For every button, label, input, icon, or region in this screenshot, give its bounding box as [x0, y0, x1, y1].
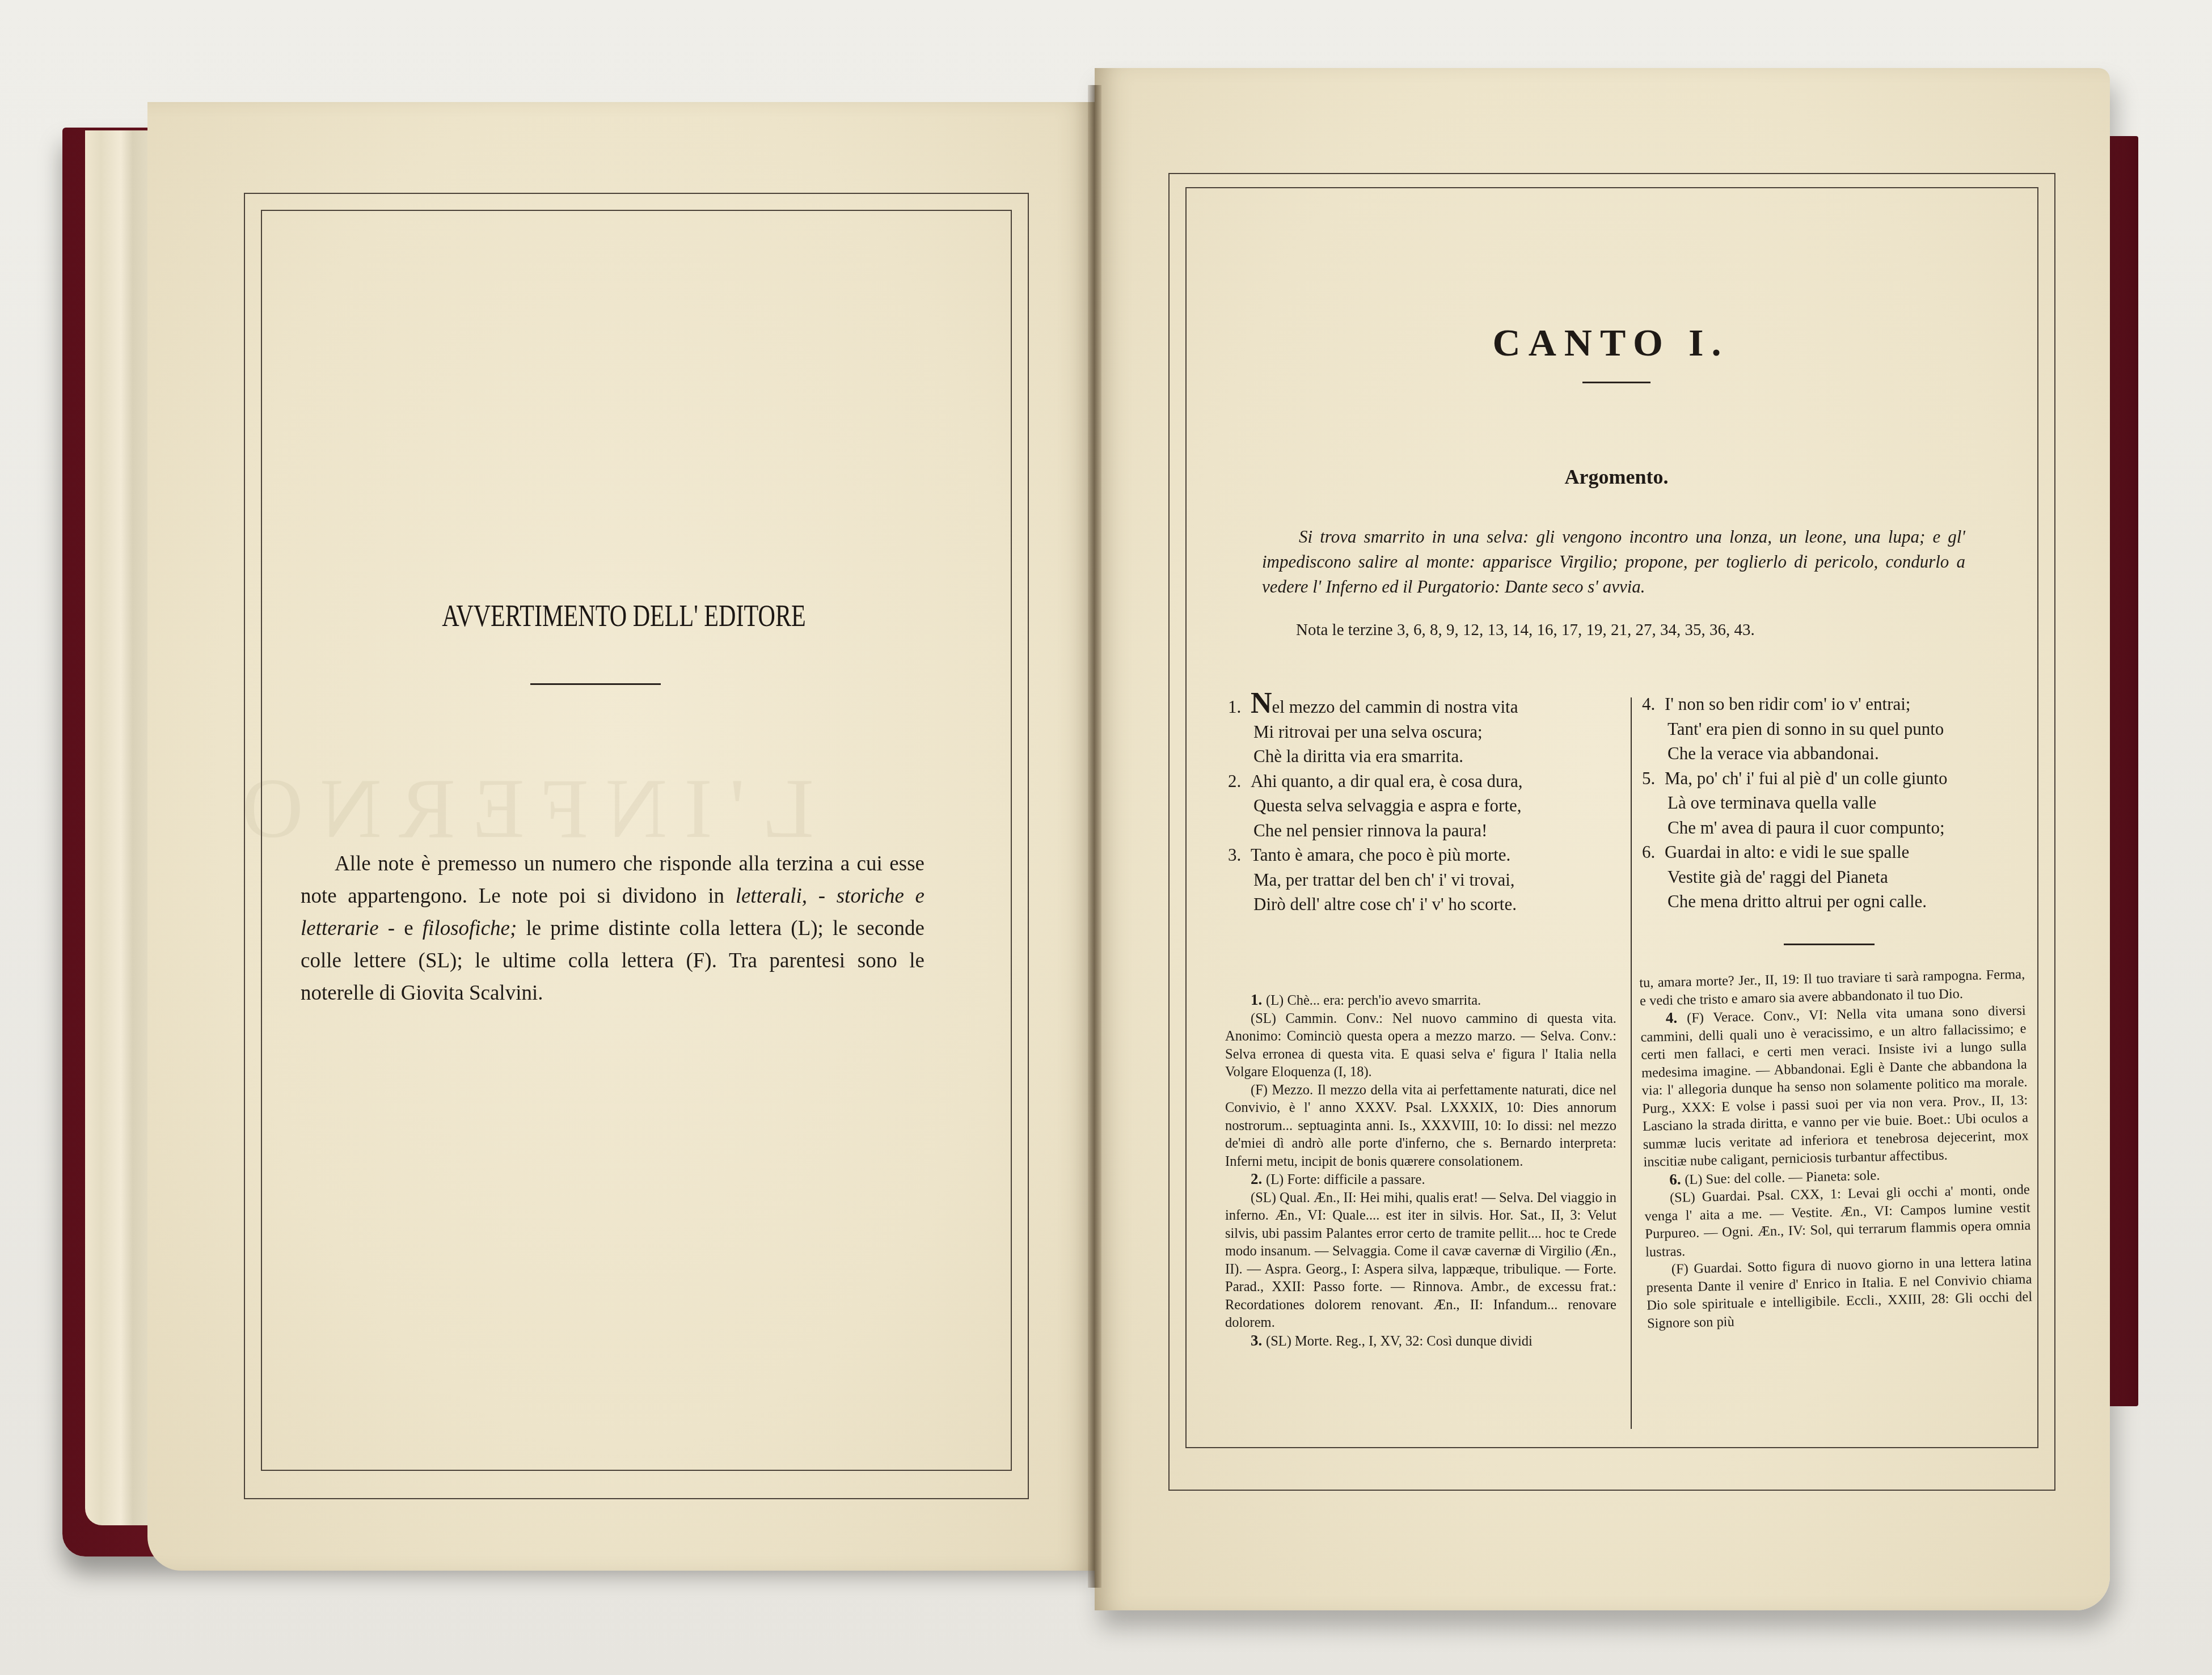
note-number: 4.	[1665, 1009, 1687, 1026]
terzina-number: 4.	[1642, 692, 1665, 717]
verse-line: Mi ritrovai per una selva oscura;	[1228, 720, 1625, 745]
verse-line: 3.Tanto è amara, che poco è più morte.	[1228, 843, 1625, 868]
verse-line: Vestite già de' raggi del Pianeta	[1642, 865, 2028, 890]
commentary-note: 1. (L) Chè... era: perch'io avevo smarri…	[1225, 991, 1616, 1010]
verse-column-left: 1.Nel mezzo del cammin di nostra vitaMi …	[1228, 695, 1625, 917]
title-rule	[530, 683, 661, 685]
note-number: 1.	[1251, 991, 1266, 1008]
verse-line: 4.I' non so ben ridir com' io v' entrai;	[1642, 692, 2028, 717]
commentary-note: (F) Guardai. Sotto figura di nuovo giorn…	[1645, 1252, 2033, 1332]
terzina-number: 1.	[1228, 695, 1251, 720]
verse-line: Che m' avea di paura il cuor compunto;	[1642, 815, 2028, 840]
note-number: 6.	[1669, 1170, 1685, 1188]
notes-column-right: tu, amara morte? Jer., II, 19: Il tuo tr…	[1639, 966, 2033, 1333]
canto-title: CANTO I.	[1356, 320, 1866, 365]
verse-line: 6.Guardai in alto: e vidi le sue spalle	[1642, 840, 2028, 865]
verse-line: Questa selva selvaggia e aspra e forte,	[1228, 793, 1625, 818]
verse-line: Che nel pensier rinnova la paura!	[1228, 818, 1625, 843]
commentary-note: (SL) Guardai. Psal. CXX, 1: Levai gli oc…	[1644, 1181, 2032, 1261]
commentary-note: 3. (SL) Morte. Reg., I, XV, 32: Così dun…	[1225, 1332, 1616, 1351]
commentary-note: 2. (L) Forte: difficile a passare.	[1225, 1170, 1616, 1189]
terzina: 6.Guardai in alto: e vidi le sue spalleV…	[1642, 840, 2028, 914]
editor-notice-paragraph: Alle note è premesso un numero che rispo…	[301, 848, 925, 1009]
column-divider	[1631, 697, 1632, 1429]
verse-line: 1.Nel mezzo del cammin di nostra vita	[1228, 695, 1625, 720]
note-number: 3.	[1251, 1332, 1266, 1349]
book-gutter	[1088, 85, 1101, 1588]
editor-notice-body: Alle note è premesso un numero che rispo…	[301, 848, 925, 1009]
verse-line: Chè la diritta via era smarrita.	[1228, 744, 1625, 769]
verse-line: 5.Ma, po' ch' i' fui al piè d' un colle …	[1642, 766, 2028, 791]
terzina-number: 6.	[1642, 840, 1665, 865]
commentary-note: (SL) Cammin. Conv.: Nel nuovo cammino di…	[1225, 1010, 1616, 1081]
nota-terzine: Nota le terzine 3, 6, 8, 9, 12, 13, 14, …	[1296, 621, 1977, 640]
verse-line: Dirò dell' altre cose ch' i' v' ho scort…	[1228, 892, 1625, 917]
commentary-note: (SL) Qual. Æn., II: Hei mihi, qualis era…	[1225, 1189, 1616, 1332]
argomento-text: Si trova smarrito in una selva: gli veng…	[1262, 525, 1965, 599]
verse-end-rule	[1784, 944, 1875, 945]
terzina: 3.Tanto è amara, che poco è più morte.Ma…	[1228, 843, 1625, 917]
page-title: AVVERTIMENTO DELL' EDITORE	[403, 598, 845, 633]
terzina: 2.Ahi quanto, a dir qual era, è cosa dur…	[1228, 769, 1625, 843]
terzina-number: 3.	[1228, 843, 1251, 868]
commentary-note: 4. (F) Verace. Conv., VI: Nella vita uma…	[1640, 1001, 2029, 1171]
canto-rule	[1582, 382, 1650, 383]
terzina: 4.I' non so ben ridir com' io v' entrai;…	[1642, 692, 2028, 766]
drop-cap: N	[1251, 687, 1272, 720]
argomento-heading: Argomento.	[1475, 465, 1758, 489]
verse-line: Là ove terminava quella valle	[1642, 790, 2028, 815]
verse-line: Che la verace via abbandonai.	[1642, 741, 2028, 766]
terzina: 5.Ma, po' ch' i' fui al piè d' un colle …	[1642, 766, 2028, 840]
verse-line: Che mena dritto altrui per ogni calle.	[1642, 889, 2028, 914]
terzina-number: 5.	[1642, 766, 1665, 791]
note-number: 2.	[1251, 1170, 1266, 1187]
notes-column-left: 1. (L) Chè... era: perch'io avevo smarri…	[1225, 991, 1616, 1350]
terzina-number: 2.	[1228, 769, 1251, 794]
show-through-text: L'INFERNO	[417, 760, 814, 857]
verse-line: Ma, per trattar del ben ch' i' vi trovai…	[1228, 868, 1625, 893]
verse-column-right: 4.I' non so ben ridir com' io v' entrai;…	[1642, 692, 2028, 914]
terzina: 1.Nel mezzo del cammin di nostra vitaMi …	[1228, 695, 1625, 769]
verse-line: Tant' era pien di sonno in su quel punto	[1642, 717, 2028, 742]
verse-line: 2.Ahi quanto, a dir qual era, è cosa dur…	[1228, 769, 1625, 794]
commentary-note: (F) Mezzo. Il mezzo della vita ai perfet…	[1225, 1081, 1616, 1171]
